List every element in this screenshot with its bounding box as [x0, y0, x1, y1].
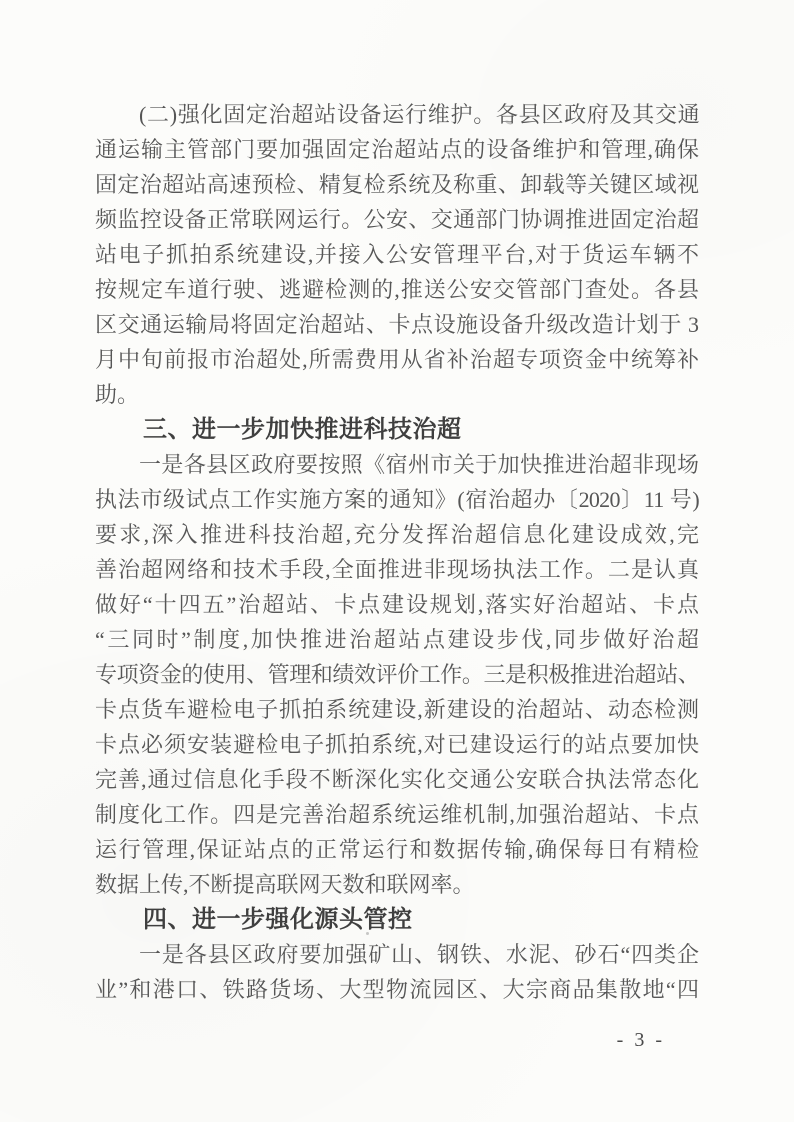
document-page: (二)强化固定治超站设备运行维护。各县区政府及其交通 通运输主管部门要加强固定治… — [0, 0, 794, 1122]
section-heading-4: 四、进一步强化源头管控 — [95, 902, 699, 937]
text-line: 区交通运输局将固定治超站、卡点设施设备升级改造计划于 3 — [95, 307, 699, 342]
text-line: (二)强化固定治超站设备运行维护。各县区政府及其交通 — [95, 97, 699, 132]
text-line: 卡点货车避检电子抓拍系统建设,新建设的治超站、动态检测 — [95, 692, 699, 727]
text-line: 一是各县区政府要加强矿山、钢铁、水泥、砂石“四类企 — [95, 937, 699, 972]
page-number: - 3 - — [617, 1026, 665, 1054]
text-line: 专项资金的使用、管理和绩效评价工作。三是积极推进治超站、 — [95, 657, 699, 692]
text-line: 数据上传,不断提高联网天数和联网率。 — [95, 867, 699, 902]
text-line: 月中旬前报市治超处,所需费用从省补治超专项资金中统筹补 — [95, 342, 699, 377]
text-line: 站电子抓拍系统建设,并接入公安管理平台,对于货运车辆不 — [95, 237, 699, 272]
text-line: 要求,深入推进科技治超,充分发挥治超信息化建设成效,完 — [95, 517, 699, 552]
section-heading-3: 三、进一步加快推进科技治超 — [95, 412, 699, 447]
text-line: 制度化工作。四是完善治超系统运维机制,加强治超站、卡点 — [95, 797, 699, 832]
text-line: 运行管理,保证站点的正常运行和数据传输,确保每日有精检 — [95, 832, 699, 867]
text-line: 执法市级试点工作实施方案的通知》(宿治超办〔2020〕11 号) — [95, 482, 699, 517]
text-line: 助。 — [95, 377, 699, 412]
document-text-block: (二)强化固定治超站设备运行维护。各县区政府及其交通 通运输主管部门要加强固定治… — [95, 97, 699, 1007]
text-line: 善治超网络和技术手段,全面推进非现场执法工作。二是认真 — [95, 552, 699, 587]
text-line: 按规定车道行驶、逃避检测的,推送公安交管部门查处。各县 — [95, 272, 699, 307]
text-line: 做好“十四五”治超站、卡点建设规划,落实好治超站、卡点 — [95, 587, 699, 622]
text-line: 一是各县区政府要按照《宿州市关于加快推进治超非现场 — [95, 447, 699, 482]
text-line: 完善,通过信息化手段不断深化实化交通公安联合执法常态化 — [95, 762, 699, 797]
text-line: 固定治超站高速预检、精复检系统及称重、卸载等关键区域视 — [95, 167, 699, 202]
text-line: 业”和港口、铁路货场、大型物流园区、大宗商品集散地“四 — [95, 972, 699, 1007]
text-line: 卡点必须安装避检电子抓拍系统,对已建设运行的站点要加快 — [95, 727, 699, 762]
scan-artifact — [366, 932, 369, 935]
text-line: “三同时”制度,加快推进治超站点建设步伐,同步做好治超 — [95, 622, 699, 657]
text-line: 通运输主管部门要加强固定治超站点的设备维护和管理,确保 — [95, 132, 699, 167]
text-line: 频监控设备正常联网运行。公安、交通部门协调推进固定治超 — [95, 202, 699, 237]
